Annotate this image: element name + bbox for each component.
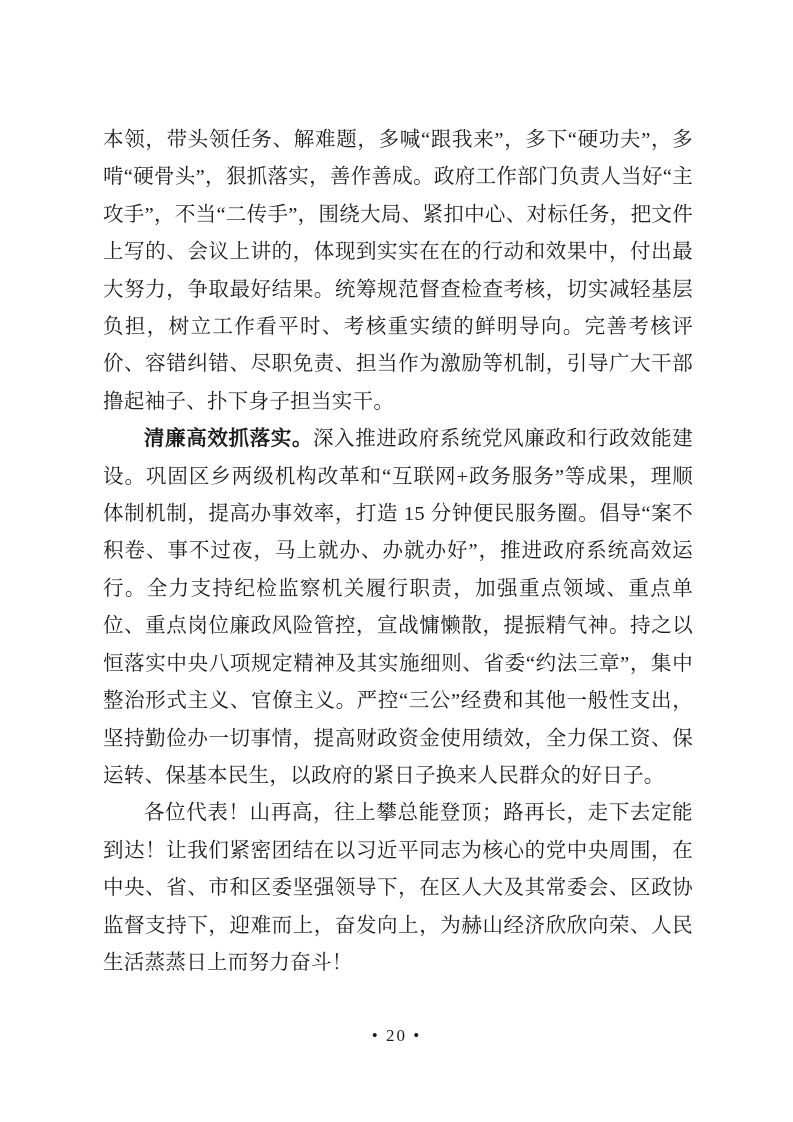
document-page: 本领，带头领任务、解难题，多喊“跟我来”，多下“硬功夫”，多啃“硬骨头”，狠抓落… [0, 0, 793, 1122]
paragraph-2-text: 深入推进政府系统党风廉政和行政效能建设。巩固区乡两级机构改革和“互联网+政务服务… [103, 428, 693, 787]
paragraph-1-text: 本领，带头领任务、解难题，多喊“跟我来”，多下“硬功夫”，多啃“硬骨头”，狠抓落… [103, 129, 693, 413]
paragraph-3: 各位代表！山再高，往上攀总能登顶；路再长，走下去定能到达！让我们紧密团结在以习近… [103, 795, 693, 982]
paragraph-3-text: 各位代表！山再高，往上攀总能登顶；路再长，走下去定能到达！让我们紧密团结在以习近… [103, 802, 693, 974]
document-body: 本领，带头领任务、解难题，多喊“跟我来”，多下“硬功夫”，多啃“硬骨头”，狠抓落… [103, 122, 693, 982]
paragraph-2: 清廉高效抓落实。深入推进政府系统党风廉政和行政效能建设。巩固区乡两级机构改革和“… [103, 421, 693, 795]
paragraph-1: 本领，带头领任务、解难题，多喊“跟我来”，多下“硬功夫”，多啃“硬骨头”，狠抓落… [103, 122, 693, 421]
paragraph-2-bold-lead: 清廉高效抓落实。 [144, 428, 313, 450]
page-number: • 20 • [0, 1026, 793, 1046]
